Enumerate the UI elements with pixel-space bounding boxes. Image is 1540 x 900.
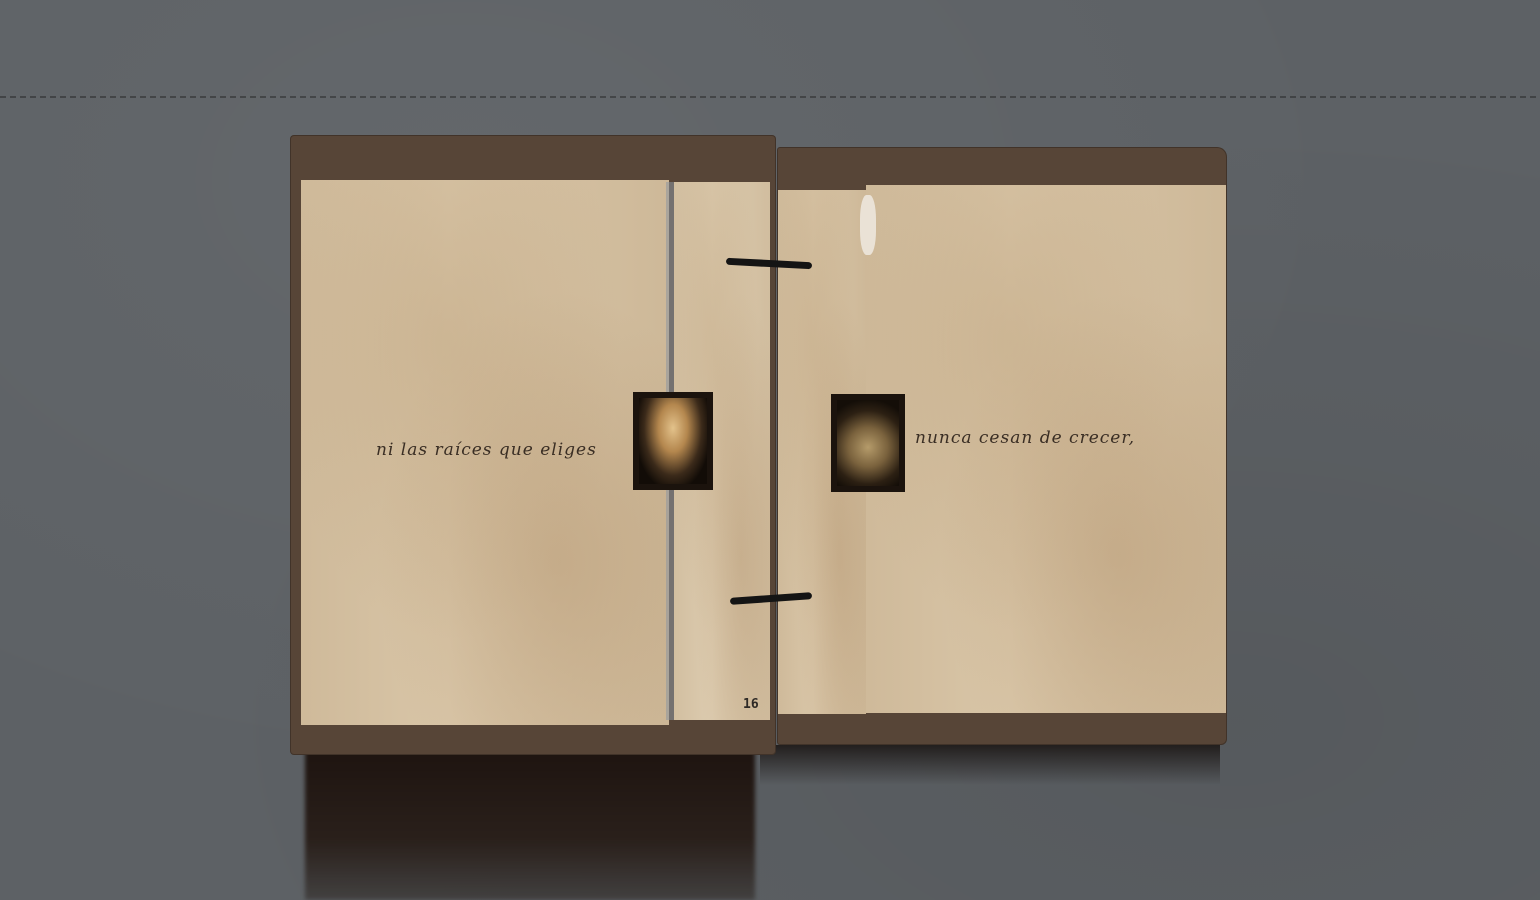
surface-line — [0, 96, 1540, 98]
sky-photo — [831, 394, 905, 492]
book-shadow-right — [760, 745, 1220, 785]
tree-photo — [633, 392, 713, 490]
book-shadow — [305, 750, 755, 900]
page-number: 16 — [743, 697, 759, 712]
paper-tear — [860, 195, 876, 255]
right-handwriting: nunca cesan de crecer, — [915, 428, 1135, 448]
right-page — [866, 185, 1226, 713]
left-handwriting: ni las raíces que eliges — [376, 440, 597, 460]
